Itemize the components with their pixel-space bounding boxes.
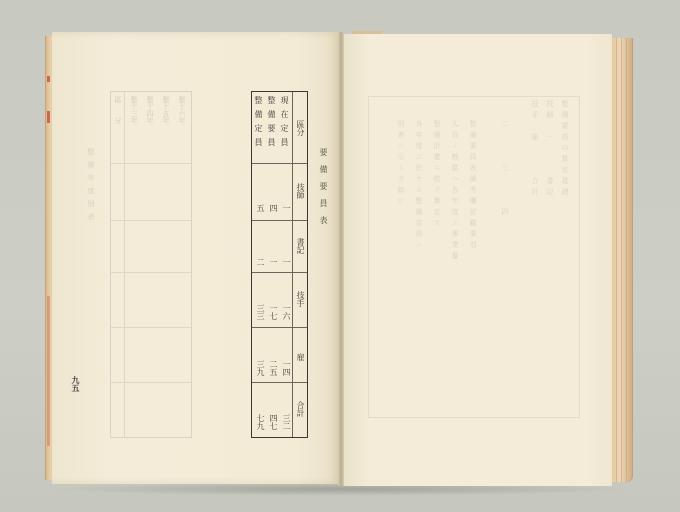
table-cell: 一 bbox=[279, 258, 291, 266]
table-cell: 一七 bbox=[266, 304, 278, 320]
table-cell: 一四 bbox=[279, 360, 291, 376]
right-ghost-line: 技師 一 書記 bbox=[545, 100, 555, 199]
table-cell: 三九 bbox=[253, 360, 265, 376]
page-number: 九五 bbox=[72, 376, 80, 392]
table-cell: 四七 bbox=[266, 414, 278, 430]
right-ghost-line: 技手 雇 合計 bbox=[530, 100, 540, 199]
column-header: 整備要員 bbox=[267, 96, 276, 152]
row-category: 書記 bbox=[294, 223, 306, 268]
table-cell: 二五 bbox=[266, 360, 278, 376]
table-cell: 三三 bbox=[253, 304, 265, 320]
right-ghost-line: 別表ニ示スガ如シ bbox=[396, 120, 406, 208]
right-ghost-line: 二 三 四 bbox=[500, 120, 510, 219]
table-cell: 三二 bbox=[279, 414, 291, 430]
right-ghost-line: 整備要員の算定基礎 bbox=[560, 100, 570, 199]
right-ghost-line: 整備要員表備考欄記載事項 bbox=[468, 120, 478, 252]
right-ghost-line: 人員ノ割當ハ各年度ノ事業量 bbox=[450, 120, 460, 263]
right-ghost-line: 整備計畫ニ依リ算定ス bbox=[432, 120, 442, 230]
table-cell: 一 bbox=[279, 204, 291, 212]
table-cell: 一 bbox=[266, 258, 278, 266]
table-cell: 二 bbox=[253, 258, 265, 266]
table-cell: 五 bbox=[253, 204, 265, 212]
show-through-note: 整備年度別表 bbox=[86, 148, 96, 226]
staff-table: 區分 現在定員 整備要員 整備定員 技師 一 四 五 書記 一 一 二 技手 一… bbox=[251, 91, 308, 438]
table-title: 要備要員表 bbox=[318, 148, 329, 233]
row-category: 雇 bbox=[294, 347, 306, 367]
table-cell: 一六 bbox=[279, 304, 291, 320]
row-category: 合計 bbox=[294, 386, 306, 432]
header-label: 區分 bbox=[294, 96, 306, 159]
row-category: 技手 bbox=[294, 275, 306, 323]
row-category: 技師 bbox=[294, 166, 306, 216]
column-header: 整備定員 bbox=[254, 96, 263, 152]
book-gutter bbox=[338, 32, 344, 486]
column-header: 現在定員 bbox=[280, 96, 289, 152]
table-cell: 七九 bbox=[253, 414, 265, 430]
right-page-edge bbox=[612, 38, 633, 482]
table-cell: 四 bbox=[266, 204, 278, 212]
right-ghost-line: 各年度ニ於ケル整備定員ハ bbox=[414, 120, 424, 252]
show-through-table: 區 分 整十三年 整十四年 整十五年 整十六年 bbox=[110, 91, 192, 438]
